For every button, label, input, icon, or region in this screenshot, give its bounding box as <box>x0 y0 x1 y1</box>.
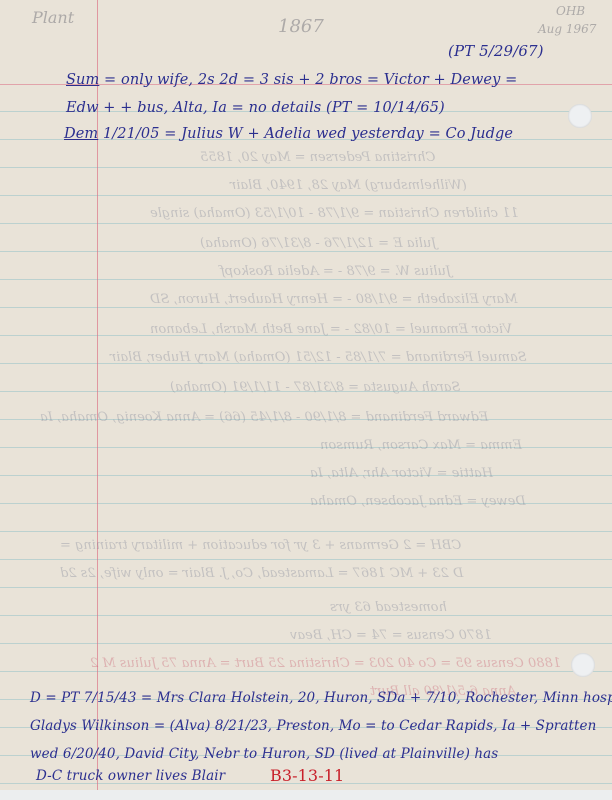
bleed-line: 1880 Census 95 = Co 40 203 = Christina 2… <box>90 656 561 671</box>
annotation-top-right: (PT 5/29/67) <box>448 42 544 60</box>
notebook-page: Plant 1867 OHB Aug 1967 Christina Peders… <box>0 0 612 790</box>
scan-border <box>0 790 612 800</box>
bottom-line-3: wed 6/20/40, David City, Nebr to Huron, … <box>30 746 498 762</box>
bleed-line: Edward Ferdinand = 8/1/90 - 8/1/45 (66) … <box>40 410 488 425</box>
bottom-line-2: Gladys Wilkinson = (Alva) 8/21/23, Prest… <box>30 718 596 734</box>
margin-line <box>97 0 98 790</box>
bleed-line: (Wilhelmsburg) May 28, 1940, Blair <box>230 178 467 193</box>
bleed-line: CBH = 2 Germans + 3 yr for education + m… <box>60 538 461 553</box>
header-pencil-left: Plant <box>32 8 74 27</box>
note-text: Edw + + bus, Alta, Ia = no details (PT =… <box>66 100 445 116</box>
bleed-line: Dewey = Edna Jacobsen, Omaha <box>310 494 526 509</box>
note-line-3: Dem 1/21/05 = Julius W + Adelia wed yest… <box>64 126 513 142</box>
note-line-2: Edw + + bus, Alta, Ia = no details (PT =… <box>66 100 445 116</box>
note-text: = only wife, 2s 2d = 3 sis + 2 bros = Vi… <box>104 72 517 88</box>
bleed-line: Victor Emanuel = 10/82 - = Jane Beth Mar… <box>150 322 512 337</box>
bleed-line: Samuel Ferdinand = 7/1/85 - 12/51 (Omaha… <box>110 350 527 365</box>
bleed-line: homestead 63 yrs <box>330 600 447 615</box>
note-line-1: Sum = only wife, 2s 2d = 3 sis + 2 bros … <box>66 72 517 88</box>
bleed-line: Sarah Augusta = 8/31/87 - 11/1/91 (Omaha… <box>170 380 460 395</box>
bleed-line: Mary Elizabeth = 9/1/80 - = Henry Hauber… <box>150 292 517 307</box>
note-text: 1/21/05 = Julius W + Adelia wed yesterda… <box>103 126 513 142</box>
punch-hole-top <box>568 104 592 128</box>
bleed-line: Emma = Max Carson, Rumson <box>320 438 522 453</box>
bottom-line-1: D = PT 7/15/43 = Mrs Clara Holstein, 20,… <box>30 690 612 706</box>
header-pencil-center: 1867 <box>278 16 324 37</box>
bleed-line: 1870 Census = 74 = CH, Beav <box>290 628 492 643</box>
header-pencil-right-bottom: Aug 1967 <box>538 22 596 36</box>
bleed-line: 11 children Christian = 9/1/78 - 10/1/53… <box>150 206 519 221</box>
header-pencil-right-top: OHB <box>556 4 585 18</box>
note-label-dem: Dem <box>64 126 98 142</box>
bottom-line-4: D-C truck owner lives Blair <box>36 768 225 784</box>
reference-code: B3-13-11 <box>270 766 344 785</box>
bleed-line: Julia E = 12/1/76 - 8/31/76 (Omaha) <box>200 236 436 251</box>
note-label-sum: Sum <box>66 72 99 88</box>
bleed-line: Christina Pedersen = May 20, 1855 <box>200 150 435 165</box>
bleed-line: Julius W. = 9/78 - = Adelia Roskopf <box>220 264 451 279</box>
punch-hole-bottom <box>571 653 595 677</box>
bleed-line: Hattie = Victor Ahr, Alta, Ia <box>310 466 493 481</box>
bleed-line: D 23 + MC 1867 = Lamastead, Co, J. Blair… <box>60 566 463 581</box>
